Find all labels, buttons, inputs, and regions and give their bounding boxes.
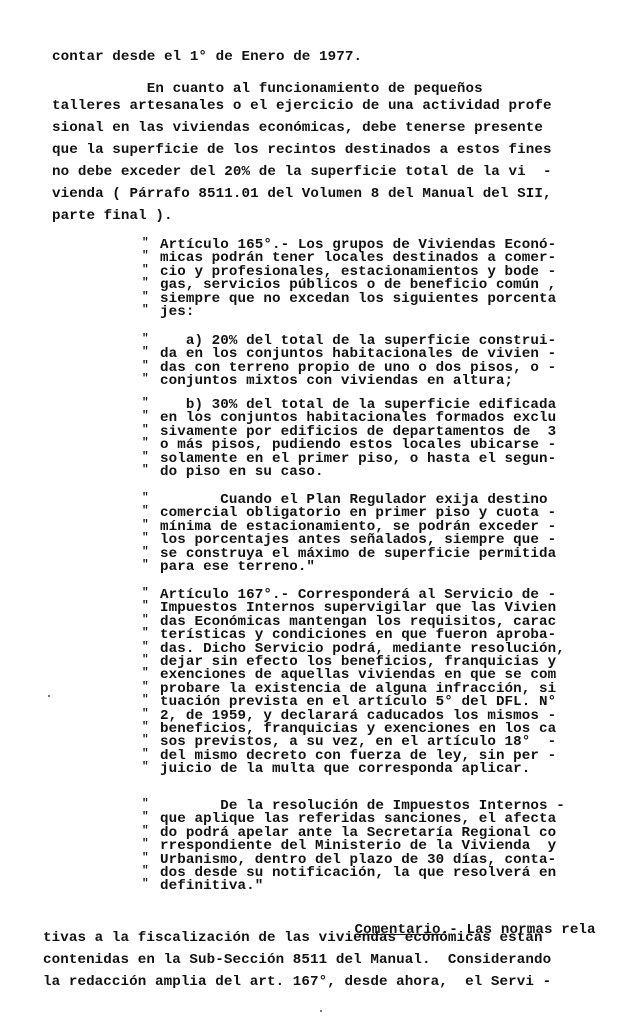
quoted-line: rrespondiente del Ministerio de la Vivie… — [160, 839, 556, 853]
text-line: talleres artesanales o el ejercicio de u… — [52, 99, 552, 113]
text-line: sional en las viviendas económicas, debe… — [52, 121, 543, 135]
ditto-mark: " — [142, 586, 149, 600]
quoted-line: juicio de la multa que corresponda aplic… — [160, 762, 530, 776]
ditto-mark: " — [142, 290, 149, 304]
ditto-mark: " — [142, 613, 149, 627]
ditto-mark: " — [142, 531, 149, 545]
ditto-mark: " — [142, 491, 149, 505]
ditto-mark: " — [142, 409, 149, 423]
ditto-mark: " — [142, 760, 149, 774]
ditto-mark: " — [142, 436, 149, 450]
text-line: contenidas en la Sub-Sección 8511 del Ma… — [43, 953, 551, 967]
ditto-mark: " — [142, 707, 149, 721]
ditto-mark: " — [142, 851, 149, 865]
ditto-mark: " — [142, 372, 149, 386]
ditto-mark: " — [142, 837, 149, 851]
quoted-line: do piso en su caso. — [160, 465, 324, 479]
text-line: vienda ( Párrafo 8511.01 del Volumen 8 d… — [52, 187, 552, 201]
ditto-mark: " — [142, 303, 149, 317]
ditto-mark: " — [142, 396, 149, 410]
quoted-line: tuación prevista en el artículo 5° del D… — [160, 695, 556, 709]
ditto-mark: " — [142, 824, 149, 838]
ditto-mark: " — [142, 545, 149, 559]
quoted-line: para ese terreno." — [160, 560, 315, 574]
quoted-line: definitiva." — [160, 879, 263, 893]
quoted-line: Impuestos Internos supervigilar que las … — [160, 601, 556, 615]
ditto-mark: " — [142, 599, 149, 613]
ditto-mark: " — [142, 276, 149, 290]
quoted-line: jes: — [160, 305, 194, 319]
quoted-line: micas podrán tener locales destinados a … — [160, 251, 556, 265]
ditto-mark: " — [142, 332, 149, 346]
ditto-mark: " — [142, 236, 149, 250]
ditto-mark: " — [142, 810, 149, 824]
ditto-mark: " — [142, 504, 149, 518]
ditto-mark: " — [142, 720, 149, 734]
ditto-mark: " — [142, 640, 149, 654]
quoted-line: que aplique las referidas sanciones, el … — [160, 812, 556, 826]
quoted-line: los porcentajes antes señalados, siempre… — [160, 533, 556, 547]
ditto-mark: " — [142, 463, 149, 477]
ditto-mark: " — [142, 653, 149, 667]
text-line: parte final ). — [52, 209, 173, 223]
text-line: contar desde el 1° de Enero de 1977. — [52, 50, 362, 64]
quoted-line: gas, servicios públicos o de beneficio c… — [160, 278, 556, 292]
scan-speck — [320, 1010, 322, 1012]
quoted-line: conjuntos mixtos con viviendas en altura… — [160, 374, 513, 388]
quoted-line: en los conjuntos habitacionales formados… — [160, 411, 556, 425]
text-line: no debe exceder del 20% de la superficie… — [52, 165, 552, 179]
quoted-line: comercial obligatorio en primer piso y c… — [160, 506, 556, 520]
quoted-line: sos previstos, a su vez, en el artículo … — [160, 735, 556, 749]
typewritten-page: contar desde el 1° de Enero de 1977. En … — [0, 0, 630, 1020]
text-line: tivas a la fiscalización de las vivienda… — [43, 931, 543, 945]
ditto-mark: " — [142, 263, 149, 277]
ditto-mark: " — [142, 450, 149, 464]
quoted-line: o más pisos, pudiendo estos locales ubic… — [160, 438, 556, 452]
ditto-mark: " — [142, 249, 149, 263]
ditto-mark: " — [142, 747, 149, 761]
ditto-mark: " — [142, 693, 149, 707]
ditto-mark: " — [142, 423, 149, 437]
quoted-line: siempre que no excedan los siguientes po… — [160, 292, 556, 306]
ditto-mark: " — [142, 518, 149, 532]
ditto-mark: " — [142, 558, 149, 572]
quoted-line: exenciones de aquellas viviendas en que … — [160, 668, 556, 682]
ditto-mark: " — [142, 626, 149, 640]
ditto-mark: " — [142, 877, 149, 891]
ditto-mark: " — [142, 733, 149, 747]
quoted-line: da en los conjuntos habitacionales de vi… — [160, 347, 556, 361]
ditto-mark: " — [142, 345, 149, 359]
ditto-mark: " — [142, 359, 149, 373]
quoted-line: terísticas y condiciones en que fueron a… — [160, 628, 556, 642]
text-line: la redacción amplia del art. 167°, desde… — [43, 975, 551, 989]
text-line: que la superficie de los recintos destin… — [52, 143, 552, 157]
text-line: En cuanto al funcionamiento de pequeños — [52, 82, 483, 96]
ditto-mark: " — [142, 797, 149, 811]
ditto-mark: " — [142, 666, 149, 680]
ditto-mark: " — [142, 680, 149, 694]
ditto-mark: " — [142, 864, 149, 878]
scan-speck — [48, 695, 50, 697]
